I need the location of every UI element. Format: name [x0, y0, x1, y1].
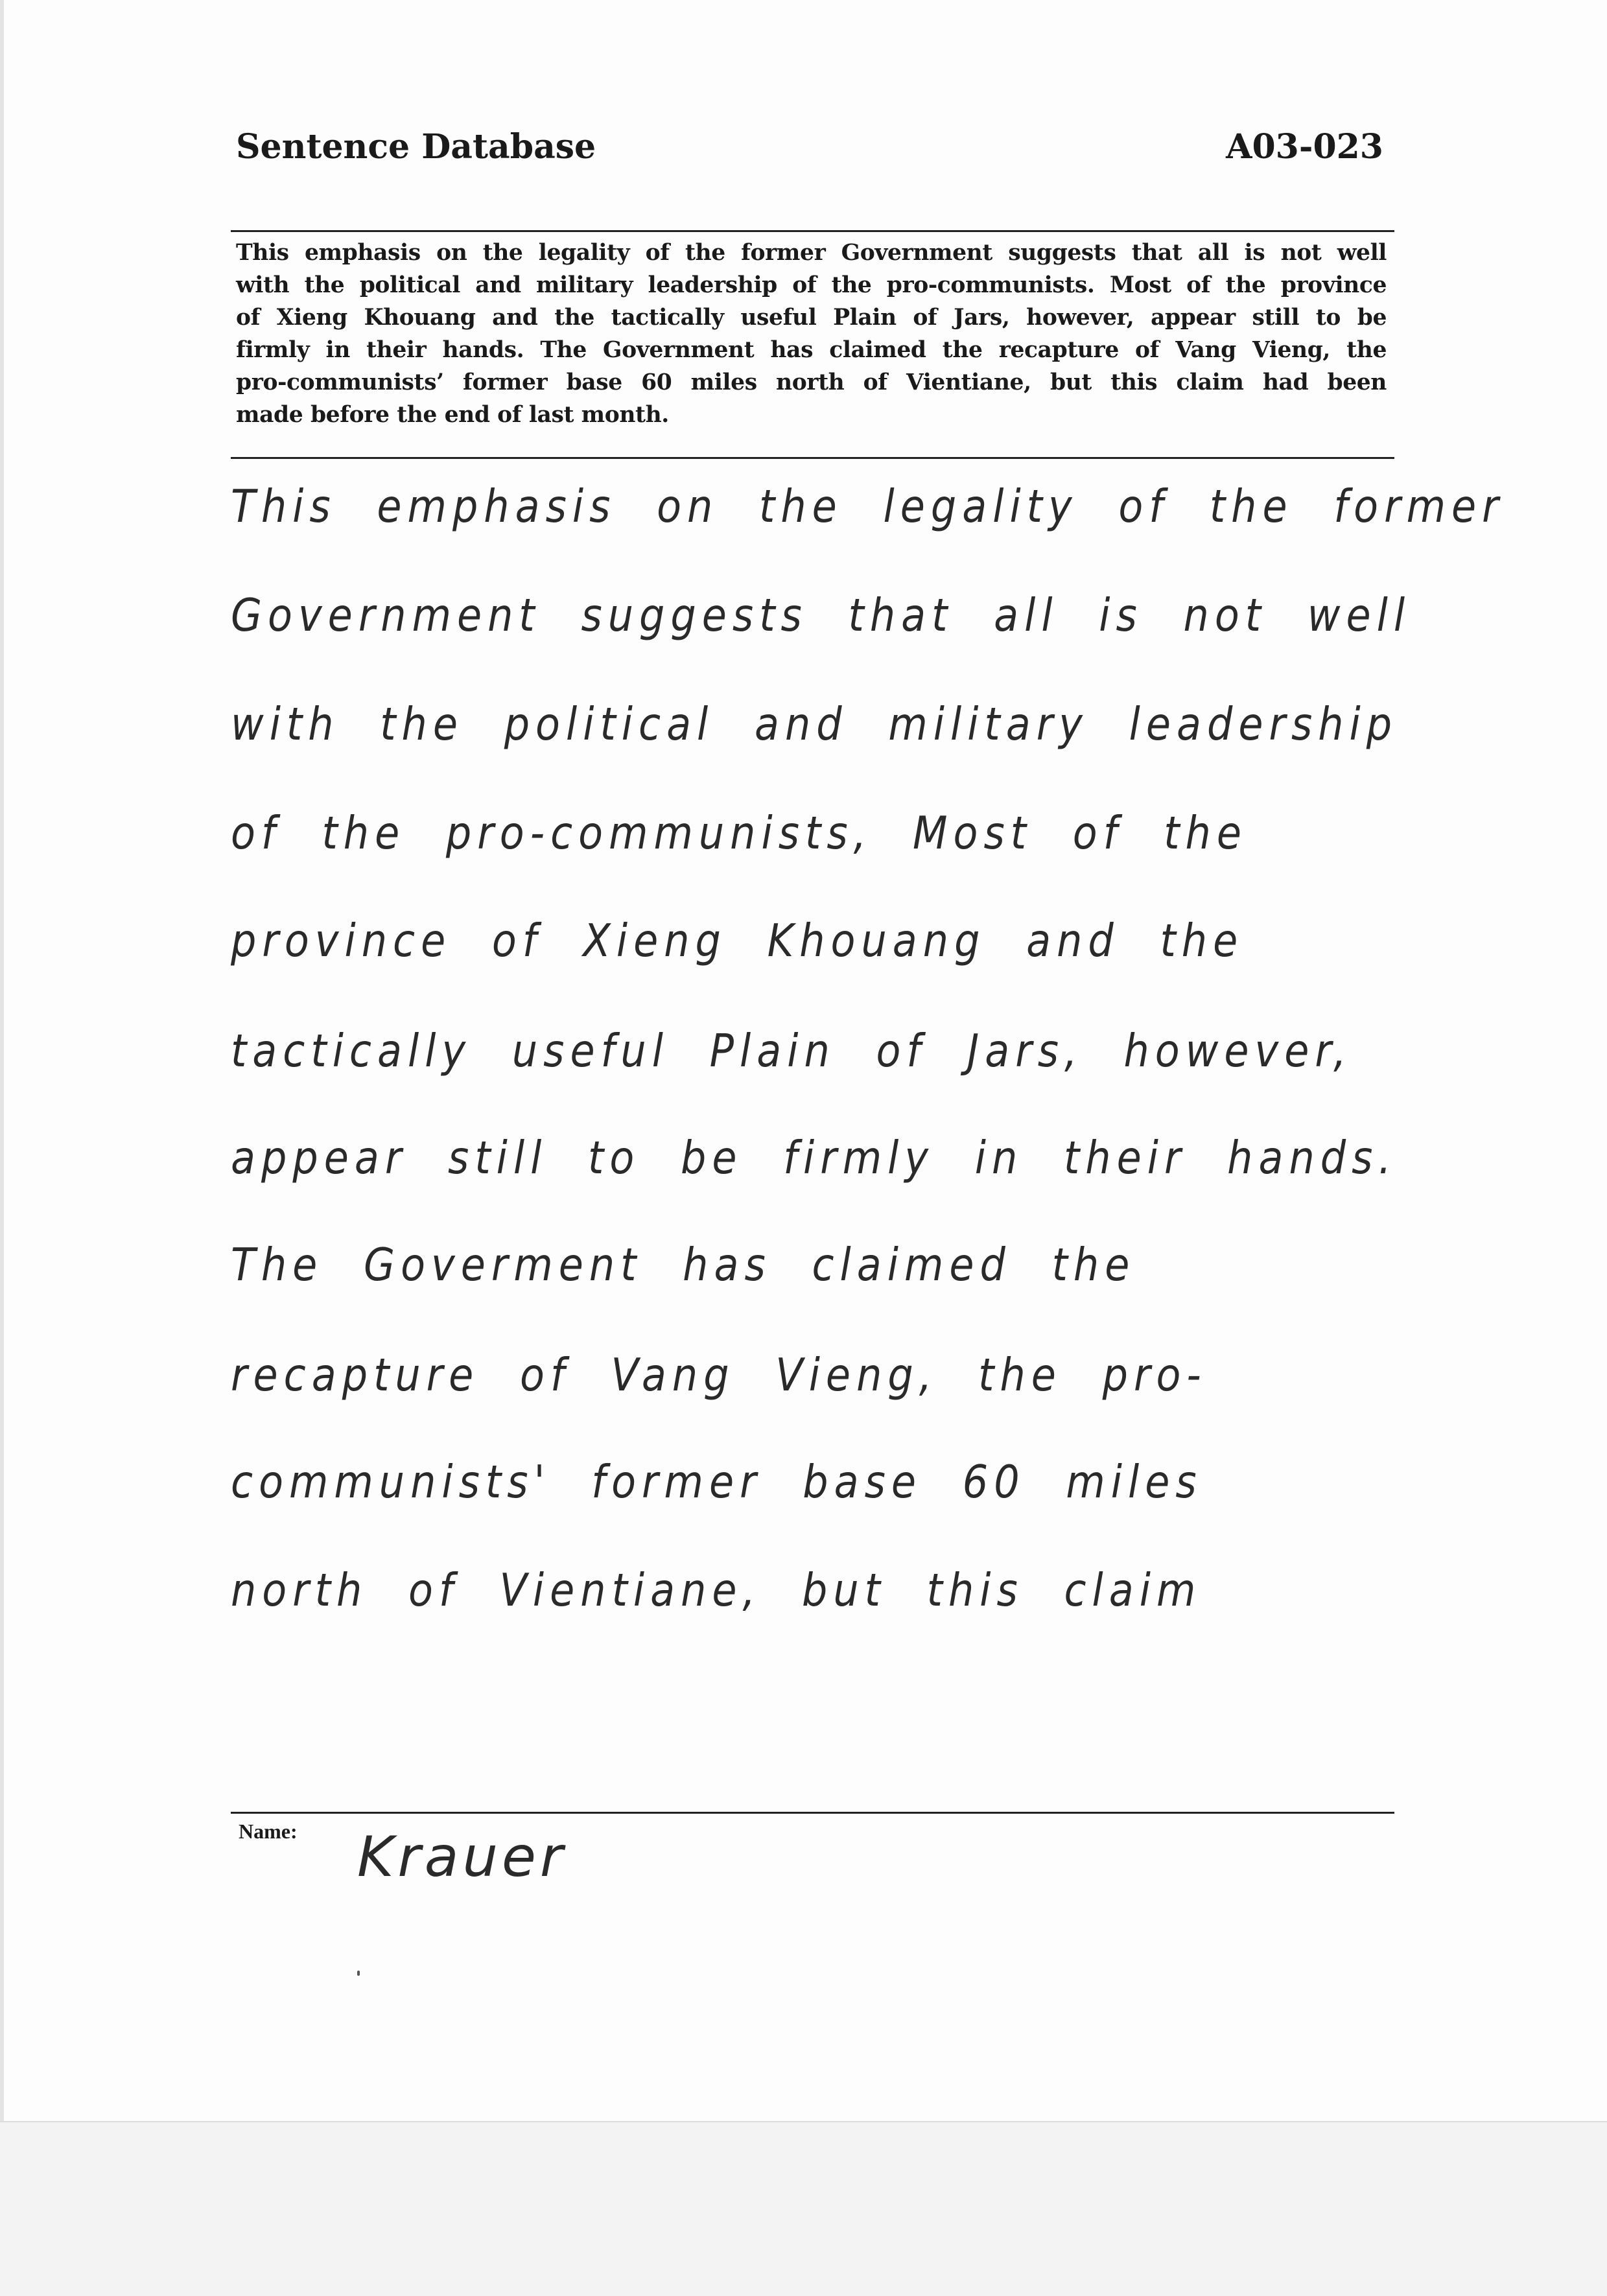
printed-line: firmly in their hands. The Government ha…: [236, 334, 1387, 366]
form-header: Sentence Database A03-023: [236, 127, 1383, 167]
form-id: A03-023: [1226, 127, 1383, 167]
handwriting-area-top-divider: [231, 457, 1394, 459]
handwritten-line: The Goverment has claimed the: [231, 1238, 1135, 1291]
name-label: Name:: [239, 1820, 298, 1844]
scanner-background: [0, 2121, 1607, 2296]
scan-speck: [357, 1971, 360, 1976]
handwritten-line: tactically useful Plain of Jars, however…: [231, 1024, 1352, 1077]
handwritten-line: province of Xieng Khouang and the: [231, 914, 1243, 967]
form-page: Sentence Database A03-023 This emphasis …: [0, 0, 1607, 2121]
handwritten-line: communists' former base 60 miles: [231, 1455, 1202, 1508]
top-divider: [231, 230, 1394, 232]
handwritten-line: of the pro-communists, Most of the: [231, 806, 1247, 860]
handwritten-line: recapture of Vang Vieng, the pro-: [231, 1348, 1207, 1401]
printed-line: of Xieng Khouang and the tactically usef…: [236, 301, 1387, 334]
handwritten-line: north of Vientiane, but this claim: [231, 1564, 1201, 1617]
handwritten-line: with the political and military leadersh…: [231, 697, 1398, 751]
handwritten-line: Government suggests that all is not well: [231, 589, 1411, 642]
printed-prompt-text: This emphasis on the legality of the for…: [236, 237, 1387, 431]
printed-line: This emphasis on the legality of the for…: [236, 237, 1387, 269]
signature-divider: [231, 1812, 1394, 1814]
handwritten-line: This emphasis on the legality of the for…: [231, 480, 1505, 533]
printed-line: with the political and military leadersh…: [236, 269, 1387, 301]
printed-line: made before the end of last month.: [236, 399, 1387, 431]
form-title: Sentence Database: [236, 127, 596, 167]
printed-line: pro-communists’ former base 60 miles nor…: [236, 366, 1387, 399]
handwritten-name: Krauer: [357, 1825, 567, 1890]
handwritten-line: appear still to be firmly in their hands…: [231, 1131, 1397, 1184]
